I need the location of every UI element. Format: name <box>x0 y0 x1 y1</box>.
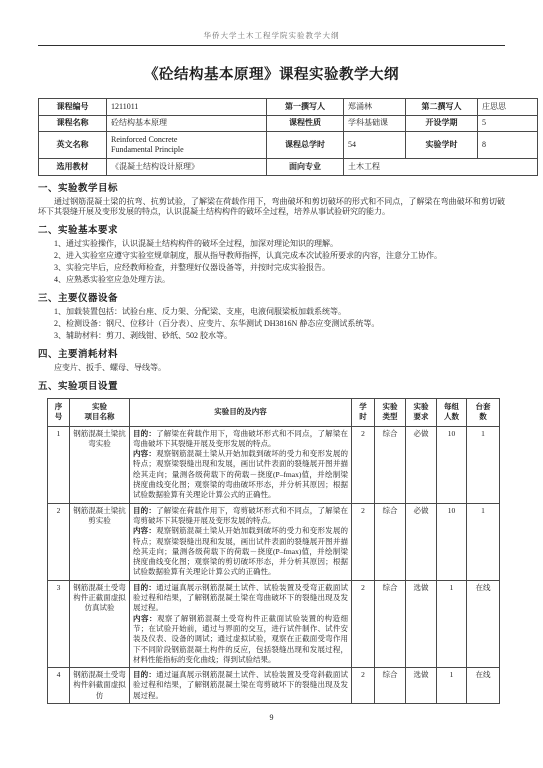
section-1-paragraph: 通过钢筋混凝土梁的抗弯、抗剪试验，了解梁在荷载作用下，弯曲破坏和剪切破坏的形式和… <box>38 197 505 219</box>
info-label: 课程名称 <box>39 115 107 132</box>
content-text: 观察钢筋混凝土梁从开始加载到破坏的受力和变形发展的特点；观察梁裂缝出现和发展，画… <box>133 449 348 499</box>
type: 综合 <box>375 426 406 503</box>
type: 综合 <box>375 580 406 667</box>
content-paragraph: 内容：观察钢筋混凝土梁从开始加载到破坏的受力和变形发展的特点；观察梁裂缝出现和发… <box>133 449 348 500</box>
section-3-item: 2、检测设备：钢尺、位移计（百分表）、应变片、东华测试 DH3816N 静态应变… <box>38 319 505 330</box>
type: 综合 <box>375 503 406 580</box>
info-value-total-hours: 54 <box>344 132 406 159</box>
info-value-first-author: 郑涌林 <box>344 99 406 116</box>
requirement: 必做 <box>406 503 437 580</box>
info-value-course-id: 1211011 <box>107 99 267 116</box>
group-size: 10 <box>437 426 467 503</box>
group-size: 1 <box>437 668 467 704</box>
info-label: 课程编号 <box>39 99 107 116</box>
section-3-item: 3、辅助材料：剪刀、剥线钳、砂纸、502 胶水等。 <box>38 331 505 342</box>
hours: 2 <box>352 426 375 503</box>
row-no: 1 <box>48 426 70 503</box>
purpose-paragraph: 目的：了解梁在荷载作用下，弯剪破坏形式和不同点，了解梁在弯剪破坏下其裂缝开展及变… <box>133 506 348 527</box>
section-heading-2: 二、实验基本要求 <box>38 225 505 237</box>
row-no: 3 <box>48 580 70 667</box>
hours: 2 <box>352 580 375 667</box>
content-paragraph: 内容：观察了解钢筋混凝土受弯构件正截面试验装置的构造细节；在试验开始前，通过与界… <box>133 614 348 665</box>
requirement: 选做 <box>406 580 437 667</box>
section-3-item: 1、加载装置包括：试验台座、反力架、分配梁、支座，电液伺服梁板加载系统等。 <box>38 307 505 318</box>
info-value-course-name: 砼结构基本原理 <box>107 115 267 132</box>
info-row-english-name: 英文名称 Reinforced Concrete Fundamental Pri… <box>39 132 538 159</box>
requirement: 选做 <box>406 668 437 704</box>
group-size: 10 <box>437 503 467 580</box>
info-label: 面向专业 <box>267 159 344 176</box>
section-2-item: 1、通过实验操作，认识混凝土结构构件的破坏全过程，加深对理论知识的理解。 <box>38 239 505 250</box>
requirement: 必做 <box>406 426 437 503</box>
row-no: 4 <box>48 668 70 704</box>
purpose-text: 了解梁在荷载作用下，弯剪破坏形式和不同点，了解梁在弯剪破坏下其裂缝开展及变形发展… <box>133 506 348 525</box>
row-no: 2 <box>48 503 70 580</box>
project-detail: 目的：通过逼真展示钢筋混凝土试件、试验装置及受弯斜截面试验过程和结果，了解钢筋混… <box>130 668 352 704</box>
info-label: 英文名称 <box>39 132 107 159</box>
col-header-type: 实验 类型 <box>375 398 406 426</box>
page-title: 《砼结构基本原理》课程实验教学大纲 <box>38 63 505 84</box>
info-value-second-author: 庄思思 <box>478 99 538 116</box>
section-2-item: 4、应熟悉实验室应急处理方法。 <box>38 275 505 286</box>
content-label: 内容： <box>133 449 156 458</box>
info-row-course-id: 课程编号 1211011 第一撰写人 郑涌林 第二撰写人 庄思思 <box>39 99 538 116</box>
purpose-paragraph: 目的：了解梁在荷载作用下，弯曲破坏形式和不同点，了解梁在弯曲破坏下其裂缝开展及变… <box>133 429 348 450</box>
section-2-item: 2、进入实验室应遵守实验室规章制度，服从指导教师指挥，认真完成本次试验所要求的内… <box>38 251 505 262</box>
group-size: 1 <box>437 580 467 667</box>
col-header-project-name: 实验 项目名称 <box>70 398 130 426</box>
project-detail: 目的：了解梁在荷载作用下，弯剪破坏形式和不同点，了解梁在弯剪破坏下其裂缝开展及变… <box>130 503 352 580</box>
col-header-group-size: 每组 人数 <box>437 398 467 426</box>
purpose-label: 目的： <box>133 506 156 515</box>
running-header: 华侨大学土木工程学院实验教学大纲 <box>38 30 505 41</box>
content-label: 内容： <box>133 526 156 535</box>
project-name: 钢筋混凝土梁抗弯实验 <box>70 426 130 503</box>
info-label: 选用教材 <box>39 159 107 176</box>
info-label: 课程总学时 <box>267 132 344 159</box>
info-row-course-name: 课程名称 砼结构基本原理 课程性质 学科基础课 开设学期 5 <box>39 115 538 132</box>
project-detail: 目的：通过逼真展示钢筋混凝土试件、试验装置及受弯正截面试验过程和结果，了解钢筋混… <box>130 580 352 667</box>
info-label: 开设学期 <box>406 115 478 132</box>
info-value-semester: 5 <box>478 115 538 132</box>
purpose-label: 目的： <box>133 429 156 438</box>
hours: 2 <box>352 668 375 704</box>
purpose-text: 通过逼真展示钢筋混凝土试件、试验装置及受弯正截面试验过程和结果，了解钢筋混凝土梁… <box>133 583 348 613</box>
section-heading-5: 五、实验项目设置 <box>38 381 505 393</box>
col-header-purpose-content: 实验目的及内容 <box>130 398 352 426</box>
purpose-label: 目的： <box>133 670 156 679</box>
purpose-paragraph: 目的：通过逼真展示钢筋混凝土试件、试验装置及受弯斜截面试验过程和结果，了解钢筋混… <box>133 670 348 701</box>
table-row: 2 钢筋混凝土梁抗剪实验 目的：了解梁在荷载作用下，弯剪破坏形式和不同点，了解梁… <box>48 503 500 580</box>
content-paragraph: 内容：观察钢筋混凝土梁从开始加载到破坏的受力和变形发展的特点；观察梁裂缝出现和发… <box>133 526 348 577</box>
section-heading-1: 一、实验教学目标 <box>38 183 505 195</box>
col-header-hours: 学 时 <box>352 398 375 426</box>
info-value-lab-hours: 8 <box>478 132 538 159</box>
col-header-sets: 台套 数 <box>467 398 500 426</box>
table-header-row: 序 号 实验 项目名称 实验目的及内容 学 时 实验 类型 实验 要求 每组 人… <box>48 398 500 426</box>
sets: 1 <box>467 426 500 503</box>
project-name: 钢筋混凝土梁抗剪实验 <box>70 503 130 580</box>
col-header-no: 序 号 <box>48 398 70 426</box>
table-row: 3 钢筋混凝土受弯构件正截面虚拟仿真试验 目的：通过逼真展示钢筋混凝土试件、试验… <box>48 580 500 667</box>
content-label: 内容： <box>133 614 157 623</box>
sets: 在线 <box>467 668 500 704</box>
page-number: 9 <box>38 713 505 722</box>
section-heading-4: 四、主要消耗材料 <box>38 349 505 361</box>
info-label: 第二撰写人 <box>406 99 478 116</box>
info-value-textbook: 《混凝土结构设计原理》 <box>107 159 267 176</box>
table-row: 1 钢筋混凝土梁抗弯实验 目的：了解梁在荷载作用下，弯曲破坏形式和不同点，了解梁… <box>48 426 500 503</box>
section-heading-3: 三、主要仪器设备 <box>38 293 505 305</box>
section-4-paragraph: 应变片、扳手、螺母、导线等。 <box>38 363 505 374</box>
info-label: 第一撰写人 <box>267 99 344 116</box>
header-rule <box>38 45 505 46</box>
project-name: 钢筋混凝土受弯构件正截面虚拟仿真试验 <box>70 580 130 667</box>
experiment-projects-table: 序 号 实验 项目名称 实验目的及内容 学 时 实验 类型 实验 要求 每组 人… <box>47 398 500 704</box>
info-value-english-name: Reinforced Concrete Fundamental Principl… <box>107 132 267 159</box>
purpose-label: 目的： <box>133 583 156 592</box>
info-label: 实验学时 <box>406 132 478 159</box>
col-header-requirement: 实验 要求 <box>406 398 437 426</box>
info-label: 课程性质 <box>267 115 344 132</box>
document-page: 华侨大学土木工程学院实验教学大纲 《砼结构基本原理》课程实验教学大纲 课程编号 … <box>0 0 543 768</box>
purpose-text: 了解梁在荷载作用下，弯曲破坏形式和不同点，了解梁在弯曲破坏下其裂缝开展及变形发展… <box>133 429 348 448</box>
type: 综合 <box>375 668 406 704</box>
section-2-item: 3、实验完毕后，应经教师检查，并整理好仪器设备等，并按时完成实验报告。 <box>38 263 505 274</box>
project-name: 钢筋混凝土受弯构件斜截面虚拟仿 <box>70 668 130 704</box>
sets: 在线 <box>467 580 500 667</box>
info-row-textbook: 选用教材 《混凝土结构设计原理》 面向专业 土木工程 <box>39 159 538 176</box>
content-text: 观察钢筋混凝土梁从开始加载到破坏的受力和变形发展的特点；观察梁裂缝出现和发展，画… <box>133 526 348 576</box>
course-info-table: 课程编号 1211011 第一撰写人 郑涌林 第二撰写人 庄思思 课程名称 砼结… <box>38 98 538 176</box>
purpose-paragraph: 目的：通过逼真展示钢筋混凝土试件、试验装置及受弯正截面试验过程和结果，了解钢筋混… <box>133 583 348 614</box>
table-row: 4 钢筋混凝土受弯构件斜截面虚拟仿 目的：通过逼真展示钢筋混凝土试件、试验装置及… <box>48 668 500 704</box>
purpose-text: 通过逼真展示钢筋混凝土试件、试验装置及受弯斜截面试验过程和结果，了解钢筋混凝土梁… <box>133 670 348 700</box>
project-detail: 目的：了解梁在荷载作用下，弯曲破坏形式和不同点，了解梁在弯曲破坏下其裂缝开展及变… <box>130 426 352 503</box>
hours: 2 <box>352 503 375 580</box>
info-value-major: 土木工程 <box>344 159 538 176</box>
info-value-course-nature: 学科基础课 <box>344 115 406 132</box>
sets: 1 <box>467 503 500 580</box>
content-text: 观察了解钢筋混凝土受弯构件正截面试验装置的构造细节；在试验开始前，通过与界面的交… <box>133 614 348 664</box>
